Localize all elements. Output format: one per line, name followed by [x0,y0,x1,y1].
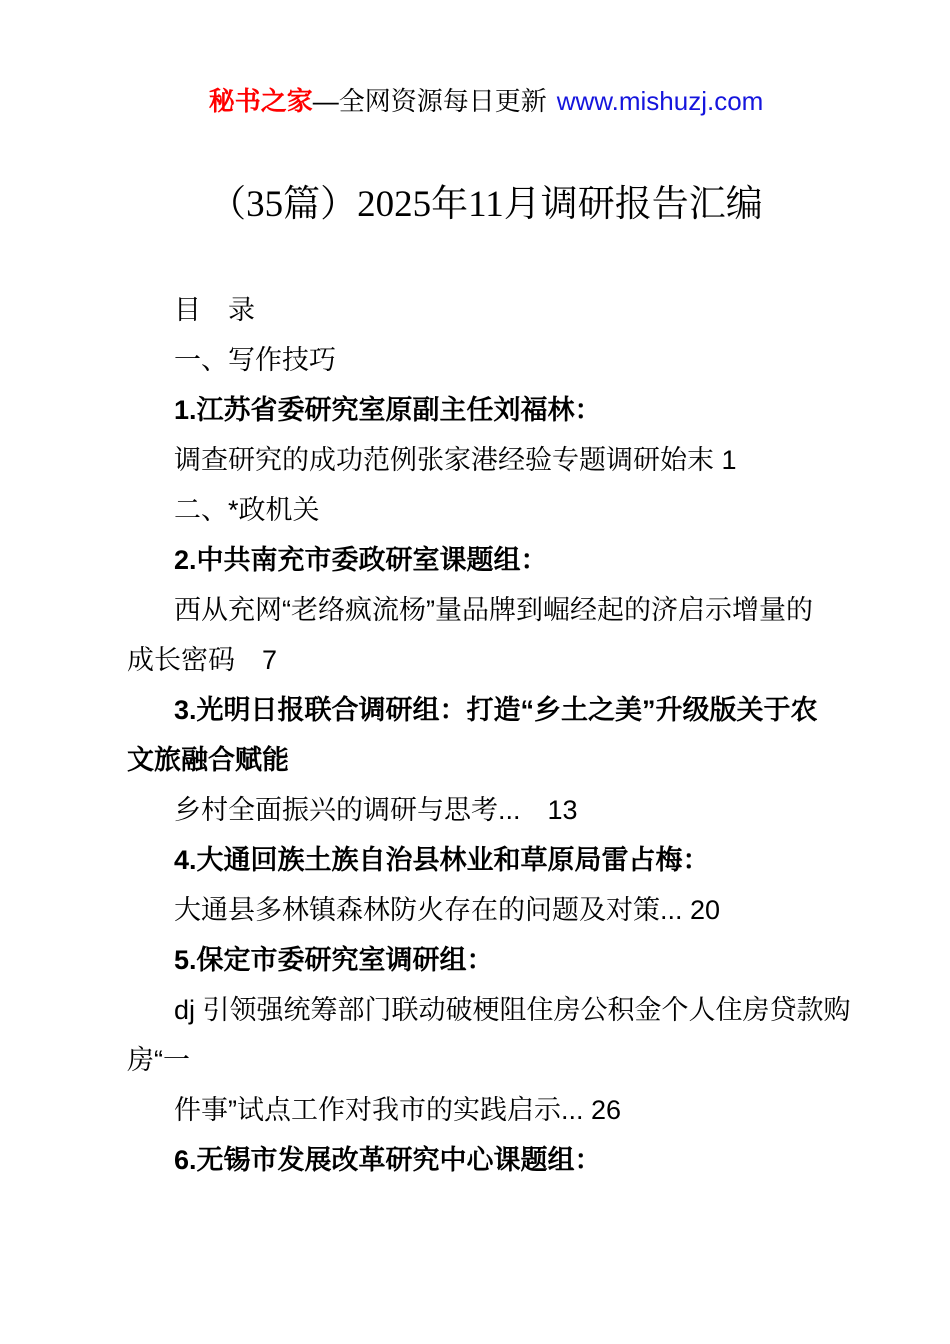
toc-line: dj 引领强统筹部门联动破梗阻住房公积金个人住房贷款购 [127,985,845,1035]
site-brand: 秘书之家 [209,87,313,116]
site-tagline: 全网资源每日更新 [339,86,547,116]
toc-line: 大通县多林镇森林防火存在的问题及对策... 20 [127,885,845,935]
toc-line: 一、写作技巧 [127,335,845,385]
toc-line: 成长密码 7 [127,635,845,685]
toc-line: 1.江苏省委研究室原副主任刘福林： [127,385,845,435]
toc-line: 3.光明日报联合调研组：打造“乡土之美”升级版关于农 [127,685,845,735]
header-dash: — [313,86,339,116]
toc-line: 调查研究的成功范例张家港经验专题调研始末 1 [127,435,845,485]
toc-line: 4.大通回族土族自治县林业和草原局雷占梅： [127,835,845,885]
toc-line: 5.保定市委研究室调研组： [127,935,845,985]
document-title: （35篇）2025年11月调研报告汇编 [127,185,845,225]
document-page: 秘书之家—全网资源每日更新www.mishuzj.com （35篇）2025年1… [0,0,950,1344]
toc-line: 件事”试点工作对我市的实践启示... 26 [127,1085,845,1135]
toc-line: 6.无锡市发展改革研究中心课题组： [127,1135,845,1185]
site-header: 秘书之家—全网资源每日更新www.mishuzj.com [127,86,845,117]
toc-line: 乡村全面振兴的调研与思考... 13 [127,785,845,835]
toc-line: 二、*政机关 [127,485,845,535]
table-of-contents: 目 录一、写作技巧1.江苏省委研究室原副主任刘福林：调查研究的成功范例张家港经验… [127,285,845,1185]
toc-line: 目 录 [127,285,845,335]
toc-line: 房“一 [127,1035,845,1085]
toc-line: 2.中共南充市委政研室课题组： [127,535,845,585]
toc-line: 西从充网“老络疯流杨”量品牌到崛经起的济启示增量的 [127,585,845,635]
site-url-link[interactable]: www.mishuzj.com [557,86,764,116]
toc-line: 文旅融合赋能 [127,735,845,785]
